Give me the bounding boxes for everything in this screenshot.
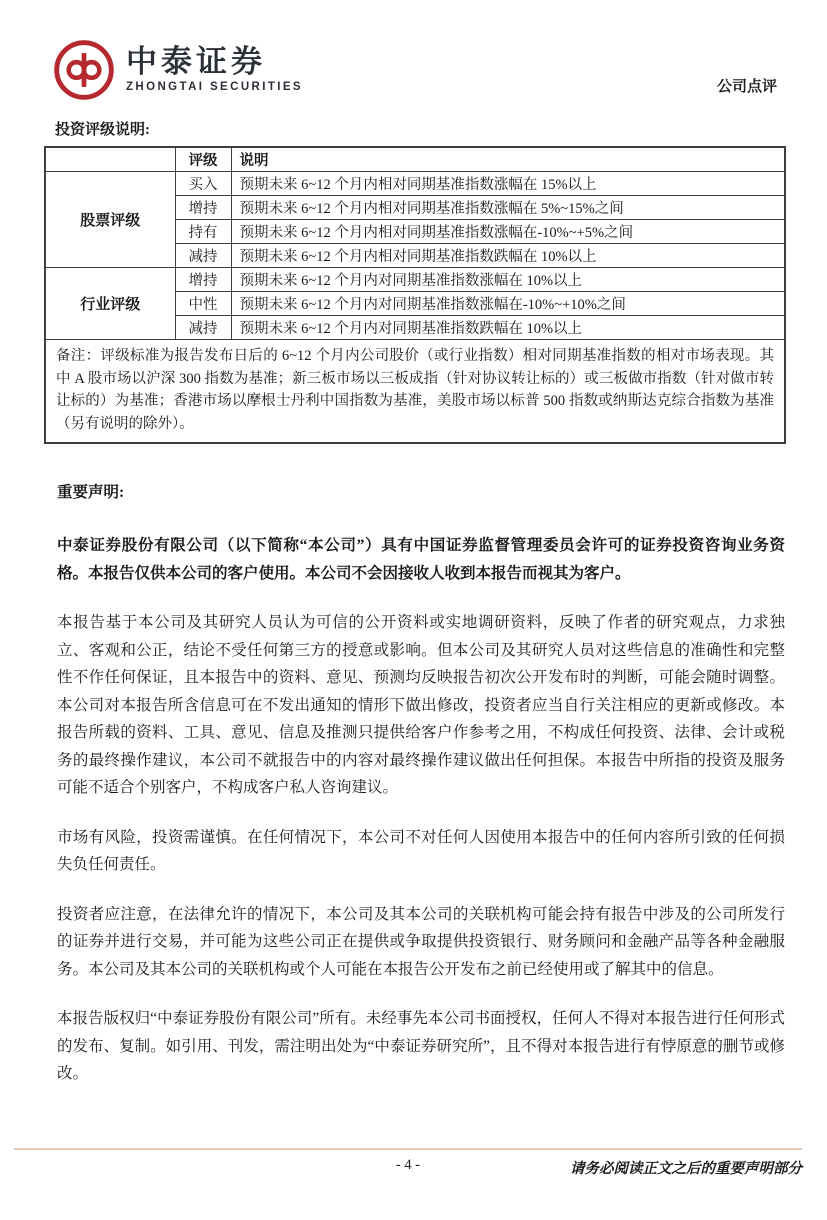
rating-cell: 减持 (175, 244, 231, 268)
rating-cell: 中性 (175, 292, 231, 316)
group-industry-rating: 行业评级 (45, 268, 175, 340)
desc-cell: 预期未来 6~12 个月内相对同期基准指数涨幅在-10%~+5%之间 (231, 220, 785, 244)
document-type-label: 公司点评 (717, 75, 777, 102)
table-note-row: 备注：评级标准为报告发布日后的 6~12 个月内公司股价（或行业指数）相对同期基… (45, 340, 785, 444)
report-page: 中泰证券 ZHONGTAI SECURITIES 公司点评 投资评级说明: 评级… (0, 0, 827, 1220)
page-footer: - 4 - 请务必阅读正文之后的重要声明部分 (14, 1148, 802, 1178)
rating-cell: 增持 (175, 268, 231, 292)
page-header: 中泰证券 ZHONGTAI SECURITIES 公司点评 (0, 0, 827, 102)
rating-table: 评级 说明 股票评级 买入 预期未来 6~12 个月内相对同期基准指数涨幅在 1… (44, 146, 786, 444)
rating-section-title: 投资评级说明: (55, 118, 786, 139)
rating-cell: 持有 (175, 220, 231, 244)
zhongtai-knot-icon (52, 38, 116, 102)
important-statement-section: 重要声明: 中泰证券股份有限公司（以下简称“本公司”）具有中国证券监督管理委员会… (0, 444, 827, 1088)
header-rating-cell: 评级 (175, 147, 231, 172)
statement-paragraph: 中泰证券股份有限公司（以下简称“本公司”）具有中国证券监督管理委员会许可的证券投… (57, 532, 785, 587)
statement-paragraph: 投资者应注意，在法律允许的情况下，本公司及其本公司的关联机构可能会持有报告中涉及… (57, 901, 785, 984)
rating-section: 投资评级说明: 评级 说明 股票评级 买入 预期未来 6~12 个月内相对同期基… (0, 102, 827, 444)
desc-cell: 预期未来 6~12 个月内对同期基准指数涨幅在 10%以上 (231, 268, 785, 292)
logo-text: 中泰证券 ZHONGTAI SECURITIES (126, 46, 303, 94)
desc-cell: 预期未来 6~12 个月内相对同期基准指数涨幅在 15%以上 (231, 172, 785, 196)
table-row: 行业评级 增持 预期未来 6~12 个月内对同期基准指数涨幅在 10%以上 (45, 268, 785, 292)
desc-cell: 预期未来 6~12 个月内对同期基准指数跌幅在 10%以上 (231, 316, 785, 340)
group-stock-rating: 股票评级 (45, 172, 175, 268)
table-row: 股票评级 买入 预期未来 6~12 个月内相对同期基准指数涨幅在 15%以上 (45, 172, 785, 196)
desc-cell: 预期未来 6~12 个月内相对同期基准指数涨幅在 5%~15%之间 (231, 196, 785, 220)
zhongtai-logo: 中泰证券 ZHONGTAI SECURITIES (52, 38, 303, 102)
statement-paragraph: 本报告基于本公司及其研究人员认为可信的公开资料或实地调研资料，反映了作者的研究观… (57, 609, 785, 802)
statement-paragraph: 市场有风险，投资需谨慎。在任何情况下，本公司不对任何人因使用本报告中的任何内容所… (57, 824, 785, 879)
header-desc-cell: 说明 (231, 147, 785, 172)
logo-cn-name: 中泰证券 (126, 46, 303, 77)
rating-cell: 买入 (175, 172, 231, 196)
desc-cell: 预期未来 6~12 个月内相对同期基准指数跌幅在 10%以上 (231, 244, 785, 268)
rating-cell: 增持 (175, 196, 231, 220)
page-number: - 4 - (14, 1157, 802, 1174)
rating-cell: 减持 (175, 316, 231, 340)
statement-title: 重要声明: (57, 480, 785, 502)
rating-note: 备注：评级标准为报告发布日后的 6~12 个月内公司股价（或行业指数）相对同期基… (45, 340, 785, 444)
logo-en-name: ZHONGTAI SECURITIES (126, 82, 303, 94)
statement-paragraph: 本报告版权归“中泰证券股份有限公司”所有。未经事先本公司书面授权，任何人不得对本… (57, 1005, 785, 1088)
rating-table-header-row: 评级 说明 (45, 147, 785, 172)
header-empty-cell (45, 147, 175, 172)
desc-cell: 预期未来 6~12 个月内对同期基准指数涨幅在-10%~+10%之间 (231, 292, 785, 316)
